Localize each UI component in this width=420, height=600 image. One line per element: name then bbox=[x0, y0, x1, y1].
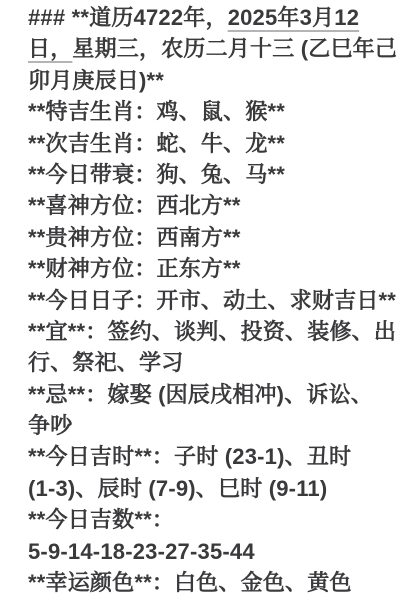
text-line: **特吉生肖：鸡、鼠、猴** bbox=[28, 96, 402, 127]
text-segment: **今日吉数**： bbox=[28, 507, 174, 532]
text-line: **今日带衰：狗、兔、马** bbox=[28, 159, 402, 190]
text-line: **贵神方位：西南方** bbox=[28, 222, 402, 253]
text-segment: 5-9-14-18-23-27-35-44 bbox=[28, 539, 255, 564]
text-segment: **财神方位：正东方** bbox=[28, 256, 241, 281]
text-line: **财神方位：正东方** bbox=[28, 253, 402, 284]
date-link[interactable]: 日， bbox=[28, 36, 72, 61]
text-line: 行、祭祀、学习 bbox=[28, 347, 402, 378]
text-segment: **忌**：嫁娶 (因辰戌相冲)、诉讼、 bbox=[28, 382, 373, 407]
text-segment: 行、祭祀、学习 bbox=[28, 350, 183, 375]
text-segment: 争吵 bbox=[28, 413, 72, 438]
text-line: 争吵 bbox=[28, 410, 402, 441]
text-segment: **今日带衰：狗、兔、马** bbox=[28, 162, 285, 187]
text-line: 5-9-14-18-23-27-35-44 bbox=[28, 536, 402, 567]
date-link[interactable]: 2025年3月12 bbox=[228, 5, 359, 30]
text-segment: **今日吉时**：子时 (23-1)、丑时 bbox=[28, 444, 351, 469]
text-line: **幸运颜色**：白色、金色、黄色 bbox=[28, 567, 402, 598]
text-line: 日，星期三，农历二月十三 (乙巳年己 bbox=[28, 33, 402, 64]
text-segment: **宜**：签约、谈判、投资、装修、出 bbox=[28, 319, 396, 344]
text-line: 卯月庚辰日)** bbox=[28, 65, 402, 96]
text-segment: **今日日子：开市、动土、求财吉日** bbox=[28, 288, 396, 313]
text-line: **今日日子：开市、动土、求财吉日** bbox=[28, 285, 402, 316]
text-line: (1-3)、辰时 (7-9)、巳时 (9-11) bbox=[28, 473, 402, 504]
text-segment: 卯月庚辰日)** bbox=[28, 68, 164, 93]
text-line: **今日吉数**： bbox=[28, 504, 402, 535]
text-segment: **幸运颜色**：白色、金色、黄色 bbox=[28, 570, 352, 595]
almanac-text-body: ### **道历4722年，2025年3月12日，星期三，农历二月十三 (乙巳年… bbox=[0, 0, 420, 600]
text-line: **今日吉时**：子时 (23-1)、丑时 bbox=[28, 441, 402, 472]
text-line: **忌**：嫁娶 (因辰戌相冲)、诉讼、 bbox=[28, 379, 402, 410]
text-segment: 星期三，农历二月十三 (乙巳年己 bbox=[72, 36, 397, 61]
text-line: **次吉生肖：蛇、牛、龙** bbox=[28, 128, 402, 159]
text-line: **宜**：签约、谈判、投资、装修、出 bbox=[28, 316, 402, 347]
text-line: ### **道历4722年，2025年3月12 bbox=[28, 2, 402, 33]
text-segment: **喜神方位：西北方** bbox=[28, 193, 241, 218]
text-segment: **贵神方位：西南方** bbox=[28, 225, 241, 250]
text-line: **喜神方位：西北方** bbox=[28, 190, 402, 221]
text-segment: **特吉生肖：鸡、鼠、猴** bbox=[28, 99, 285, 124]
text-segment: ### **道历4722年， bbox=[28, 5, 228, 30]
text-segment: (1-3)、辰时 (7-9)、巳时 (9-11) bbox=[28, 476, 327, 501]
text-segment: **次吉生肖：蛇、牛、龙** bbox=[28, 131, 285, 156]
